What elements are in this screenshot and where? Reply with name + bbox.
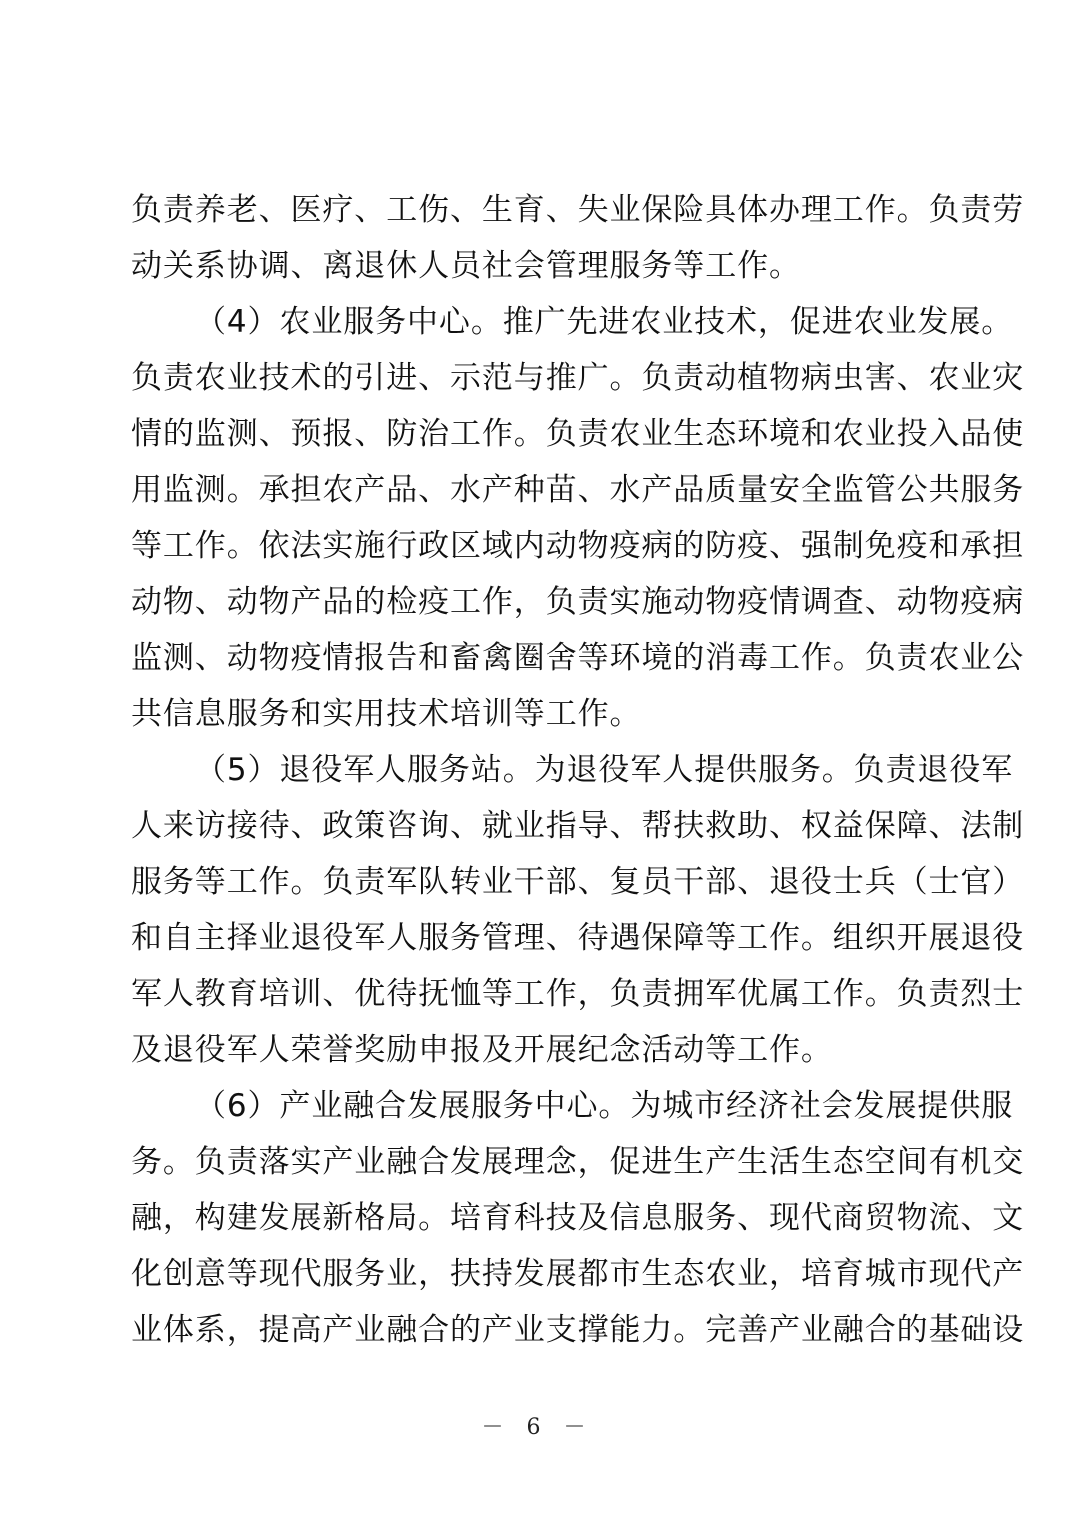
text-line: 化创意等现代服务业，扶持发展都市生态农业，培育城市现代产 [131,1254,943,1294]
text-line: 等工作。依法实施行政区域内动物疫病的防疫、强制免疫和承担 [131,526,943,566]
document-page: 负责养老、医疗、工伤、生育、失业保险具体办理工作。负责劳 动关系协调、离退休人员… [0,0,1075,1520]
text-line: 情的监测、预报、防治工作。负责农业生态环境和农业投入品使 [131,414,943,454]
text-line: 人来访接待、政策咨询、就业指导、帮扶救助、权益保障、法制 [131,806,943,846]
section-heading-line: （6）产业融合发展服务中心。为城市经济社会发展提供服 [195,1086,943,1126]
text-line: 动关系协调、离退休人员社会管理服务等工作。 [131,246,943,286]
section-heading-line: （5）退役军人服务站。为退役军人提供服务。负责退役军 [195,750,943,790]
page-number: － 6 － [0,1410,1075,1441]
text-line: 用监测。承担农产品、水产种苗、水产品质量安全监管公共服务 [131,470,943,510]
text-line: 监测、动物疫情报告和畜禽圈舍等环境的消毒工作。负责农业公 [131,638,943,678]
text-line: 业体系，提高产业融合的产业支撑能力。完善产业融合的基础设 [131,1310,943,1350]
text-line: 及退役军人荣誉奖励申报及开展纪念活动等工作。 [131,1030,943,1070]
text-line: 负责养老、医疗、工伤、生育、失业保险具体办理工作。负责劳 [131,190,943,230]
text-line: 负责农业技术的引进、示范与推广。负责动植物病虫害、农业灾 [131,358,943,398]
text-line: 动物、动物产品的检疫工作，负责实施动物疫情调查、动物疫病 [131,582,943,622]
section-heading-line: （4）农业服务中心。推广先进农业技术，促进农业发展。 [195,302,943,342]
text-line: 融，构建发展新格局。培育科技及信息服务、现代商贸物流、文 [131,1198,943,1238]
text-line: 服务等工作。负责军队转业干部、复员干部、退役士兵（士官） [131,862,943,902]
text-line: 共信息服务和实用技术培训等工作。 [131,694,943,734]
text-line: 军人教育培训、优待抚恤等工作，负责拥军优属工作。负责烈士 [131,974,943,1014]
text-line: 和自主择业退役军人服务管理、待遇保障等工作。组织开展退役 [131,918,943,958]
text-line: 务。负责落实产业融合发展理念，促进生产生活生态空间有机交 [131,1142,943,1182]
